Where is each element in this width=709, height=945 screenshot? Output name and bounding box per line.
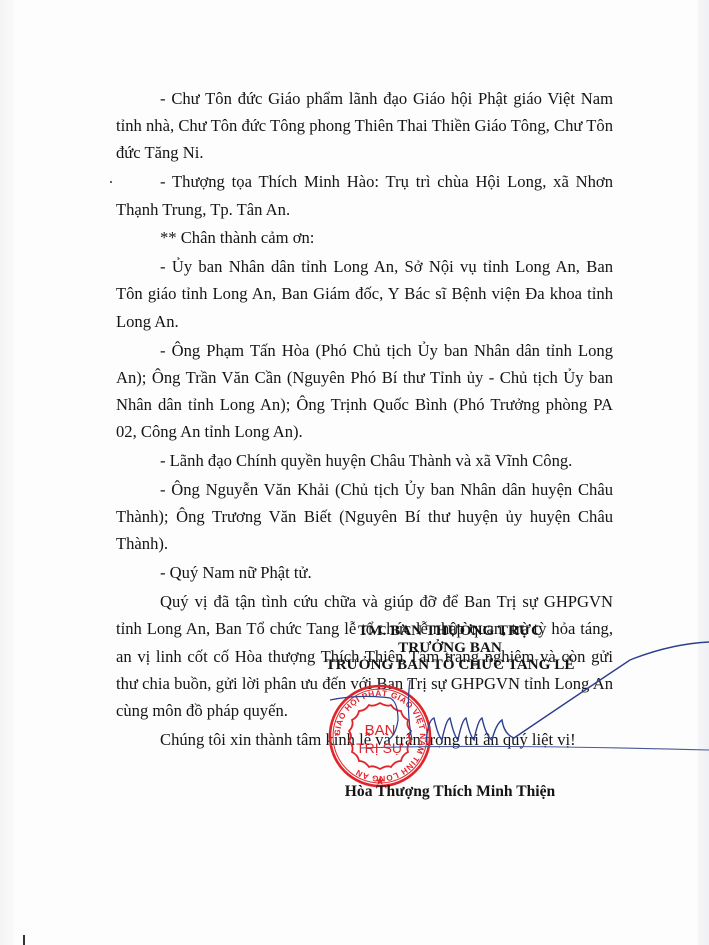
scan-edge-left — [0, 0, 14, 945]
document-page: - Chư Tôn đức Giáo phẩm lãnh đạo Giáo hộ… — [0, 0, 709, 945]
paragraph-district-leadership: - Lãnh đạo Chính quyền huyện Châu Thành … — [116, 447, 613, 474]
paragraph-district-officials: - Ông Nguyễn Văn Khải (Chủ tịch Ủy ban N… — [116, 476, 613, 558]
signature-title-line-1: TM. BAN THƯỜNG TRỰC — [295, 622, 605, 639]
paragraph-provincial-agencies: - Ủy ban Nhân dân tỉnh Long An, Sở Nội v… — [116, 253, 613, 335]
handwritten-signature-icon — [330, 640, 709, 760]
paragraph-thanks-heading: ** Chân thành cảm ơn: — [116, 224, 613, 251]
scan-edge-right — [698, 0, 709, 945]
paragraph-clergy: - Chư Tôn đức Giáo phẩm lãnh đạo Giáo hộ… — [116, 85, 613, 167]
paragraph-provincial-officials: - Ông Phạm Tấn Hòa (Phó Chủ tịch Ủy ban … — [116, 337, 613, 446]
signatory-name: Hòa Thượng Thích Minh Thiện — [300, 783, 600, 801]
scan-speck — [110, 181, 112, 183]
paragraph-abbot: - Thượng tọa Thích Minh Hào: Trụ trì chù… — [116, 168, 613, 222]
paragraph-buddhists: - Quý Nam nữ Phật tử. — [116, 559, 613, 586]
scan-mark — [23, 935, 25, 945]
